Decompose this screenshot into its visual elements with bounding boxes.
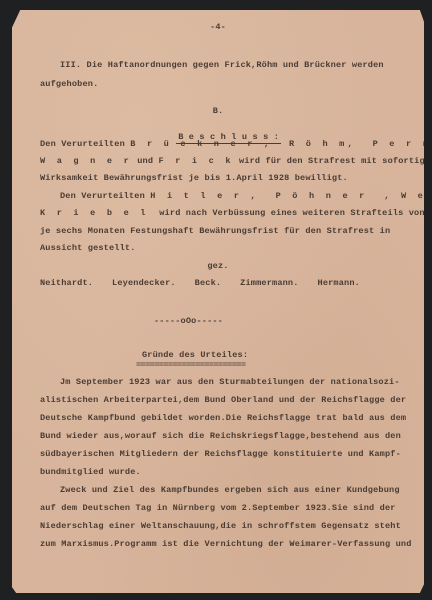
reasons-para1-line: Deutsche Kampfbund gebildet worden.Die R… <box>40 413 406 423</box>
text: und <box>132 156 159 166</box>
reasons-para1-line: Bund wieder aus,worauf sich die Reichskr… <box>40 431 401 441</box>
names-text: F r i c k <box>158 156 233 166</box>
names-text: H i t l e r , P ö h n e r , W e b e r <box>150 191 432 201</box>
signed-label: gez. <box>12 261 424 271</box>
reasons-para1-line: bundmitglied wurde. <box>40 467 141 477</box>
beschluss-para2-line4: Aussicht gestellt. <box>40 243 136 253</box>
beschluss-para2-line2: K r i e b e l wird nach Verbüssung eines… <box>40 208 425 218</box>
section-b-label: B. <box>12 106 424 116</box>
beschluss-para1-line3: Wirksamkeit Bewährungsfrist je bis 1.Apr… <box>40 173 348 183</box>
reasons-para2-line: Zweck und Ziel des Kampfbundes ergeben s… <box>60 485 400 495</box>
signatory: Zimmermann. <box>240 278 298 288</box>
reasons-para1-line: Jm September 1923 war aus den Sturmabtei… <box>60 377 400 387</box>
beschluss-para2-line3: je sechs Monaten Festungshaft Bewährungs… <box>40 226 390 236</box>
beschluss-para1-line2: W a g n e r und F r i c k wird für den S… <box>40 156 432 166</box>
reasons-para2-line: Niederschlag einer Weltanschauung,die in… <box>40 521 401 531</box>
section-iii-line-2: aufgehoben. <box>40 79 98 89</box>
signatory: Hermann. <box>318 278 360 288</box>
text: Den Verurteilten <box>40 139 130 149</box>
text: wird für den Strafrest mit sofortiger <box>234 156 432 166</box>
signatories: Neithardt. Leyendecker. Beck. Zimmermann… <box>40 278 360 288</box>
signatory: Beck. <box>195 278 222 288</box>
reasons-para2-line: auf dem Deutschen Tag in Nürnberg vom 2.… <box>40 503 396 513</box>
text: wird nach Verbüssung eines weiteren Stra… <box>149 208 425 218</box>
reasons-para1-line: südbayerischen Mitgliedern der Reichsfla… <box>40 449 401 459</box>
section-iii-line-1: III. Die Haftanordnungen gegen Frick,Röh… <box>60 60 384 70</box>
document-page: -4- III. Die Haftanordnungen gegen Frick… <box>12 10 424 593</box>
beschluss-para2-line1: Den Verurteilten H i t l e r , P ö h n e… <box>60 191 432 201</box>
reasons-heading: Gründe des Urteiles: <box>142 350 248 360</box>
page-number: -4- <box>12 22 424 32</box>
text: Den Verurteilten <box>60 191 150 201</box>
signatory: Leyendecker. <box>112 278 176 288</box>
signatory: Neithardt. <box>40 278 93 288</box>
names-text: K r i e b e l <box>40 208 149 218</box>
separator: -----oOo----- <box>154 316 223 326</box>
names-text: B r ü c k n e r , R ö h m, P e r n e t , <box>130 139 432 149</box>
beschluss-para1-line1: Den Verurteilten B r ü c k n e r , R ö h… <box>40 139 432 149</box>
reasons-para2-line: zum Marxismus.Programm ist die Vernichtu… <box>40 539 412 549</box>
reasons-heading-underline: ======================== <box>136 360 245 370</box>
names-text: W a g n e r <box>40 156 132 166</box>
reasons-para1-line: alistischen Arbeiterpartei,dem Bund Ober… <box>40 395 406 405</box>
